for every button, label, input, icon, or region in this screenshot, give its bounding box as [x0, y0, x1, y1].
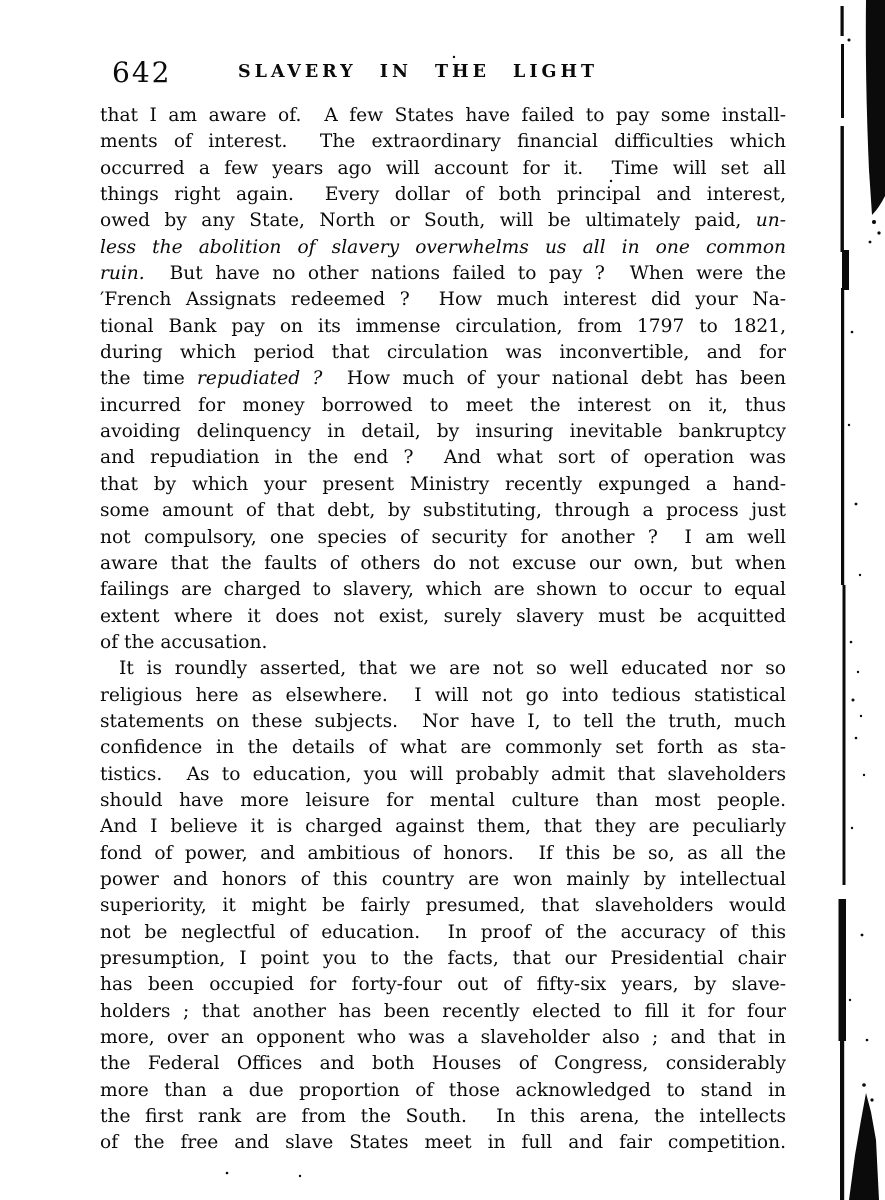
- text-line: of the accusation.: [100, 630, 786, 656]
- text-line: tistics. As to education, you will proba…: [100, 762, 786, 788]
- running-header-title: SLAVERY IN THE LIGHT: [238, 62, 584, 82]
- text-line: ′French Assignats redeemed ? How much in…: [100, 287, 786, 313]
- scan-speckle: [855, 737, 858, 740]
- text-line: superiority, it might be fairly presumed…: [100, 893, 786, 919]
- scan-edge-blob-bottom: [849, 1093, 879, 1200]
- scan-speckle: [848, 424, 850, 426]
- text-line: some amount of that debt, by substitutin…: [100, 498, 786, 524]
- text-line: ments of interest. The extraordinary fin…: [100, 129, 786, 155]
- scanned-book-page: 642 SLAVERY IN THE LIGHT that I am aware…: [0, 0, 885, 1200]
- text-line: aware that the faults of others do not e…: [100, 551, 786, 577]
- scan-edge-blob-top: [866, 0, 885, 215]
- text-line: that I am aware of. A few States have fa…: [100, 103, 786, 129]
- text-line: that by which your present Ministry rece…: [100, 472, 786, 498]
- scan-speckle: [866, 1039, 869, 1042]
- text-line: And I believe it is charged against them…: [100, 814, 786, 840]
- text-line: tional Bank pay on its immense circulati…: [100, 314, 786, 340]
- text-line: not be neglectful of education. In proof…: [100, 920, 786, 946]
- scan-speckle: [849, 999, 851, 1001]
- scan-speckle: [851, 827, 853, 829]
- text-line: during which period that circulation was…: [100, 340, 786, 366]
- scan-speckle: [850, 641, 853, 644]
- text-line: confidence in the details of what are co…: [100, 735, 786, 761]
- text-line: more, over an opponent who was a slaveho…: [100, 1025, 786, 1051]
- text-line: religious here as elsewhere. I will not …: [100, 683, 786, 709]
- text-line: the first rank are from the South. In th…: [100, 1104, 786, 1130]
- scan-speckle: [861, 934, 864, 937]
- text-line: of the free and slave States meet in ful…: [100, 1130, 786, 1156]
- scan-speckle: [852, 699, 855, 702]
- text-line: avoiding delinquency in detail, by insur…: [100, 419, 786, 445]
- scan-speckle: [860, 715, 862, 717]
- scan-speckle: [863, 774, 865, 776]
- text-line: owed by any State, North or South, will …: [100, 208, 786, 234]
- text-line: not compulsory, one species of security …: [100, 525, 786, 551]
- scan-speckle: [870, 1098, 873, 1101]
- scan-speckle: [862, 1083, 866, 1087]
- text-line: and repudiation in the end ? And what so…: [100, 445, 786, 471]
- scan-speckle: [848, 39, 851, 42]
- scan-speckle: [877, 231, 880, 234]
- text-line: the Federal Offices and both Houses of C…: [100, 1051, 786, 1077]
- text-line: holders ; that another has been recently…: [100, 999, 786, 1025]
- scan-speckle: [226, 1172, 229, 1175]
- scan-speckle: [855, 503, 858, 506]
- text-line: should have more leisure for mental cult…: [100, 788, 786, 814]
- text-line: occurred a few years ago will account fo…: [100, 156, 786, 182]
- scan-speckle: [453, 56, 455, 58]
- page-body: that I am aware of. A few States have fa…: [100, 103, 786, 1157]
- scan-speckle: [851, 331, 854, 334]
- text-line: more than a due proportion of those ackn…: [100, 1078, 786, 1104]
- text-line: power and honors of this country are won…: [100, 867, 786, 893]
- text-line: has been occupied for forty-four out of …: [100, 972, 786, 998]
- text-line: presumption, I point you to the facts, t…: [100, 946, 786, 972]
- text-line: statements on these subjects. Nor have I…: [100, 709, 786, 735]
- text-line: extent where it does not exist, surely s…: [100, 604, 786, 630]
- scan-speckle: [872, 220, 876, 224]
- text-line: things right again. Every dollar of both…: [100, 182, 786, 208]
- scan-binding-line: [839, 6, 850, 1200]
- text-line: incurred for money borrowed to meet the …: [100, 393, 786, 419]
- page-number: 642: [112, 56, 171, 89]
- text-line: failings are charged to slavery, which a…: [100, 577, 786, 603]
- text-line: It is roundly asserted, that we are not …: [100, 656, 786, 682]
- scan-speckle: [857, 671, 859, 673]
- scan-speckle: [859, 574, 861, 576]
- scan-speckle: [869, 241, 872, 244]
- text-line: fond of power, and ambitious of honors. …: [100, 841, 786, 867]
- text-line: less the abolition of slavery overwhelms…: [100, 235, 786, 261]
- text-line: ruin. But have no other nations failed t…: [100, 261, 786, 287]
- scan-speckle: [299, 1175, 301, 1177]
- text-line: the time repudiated ? How much of your n…: [100, 366, 786, 392]
